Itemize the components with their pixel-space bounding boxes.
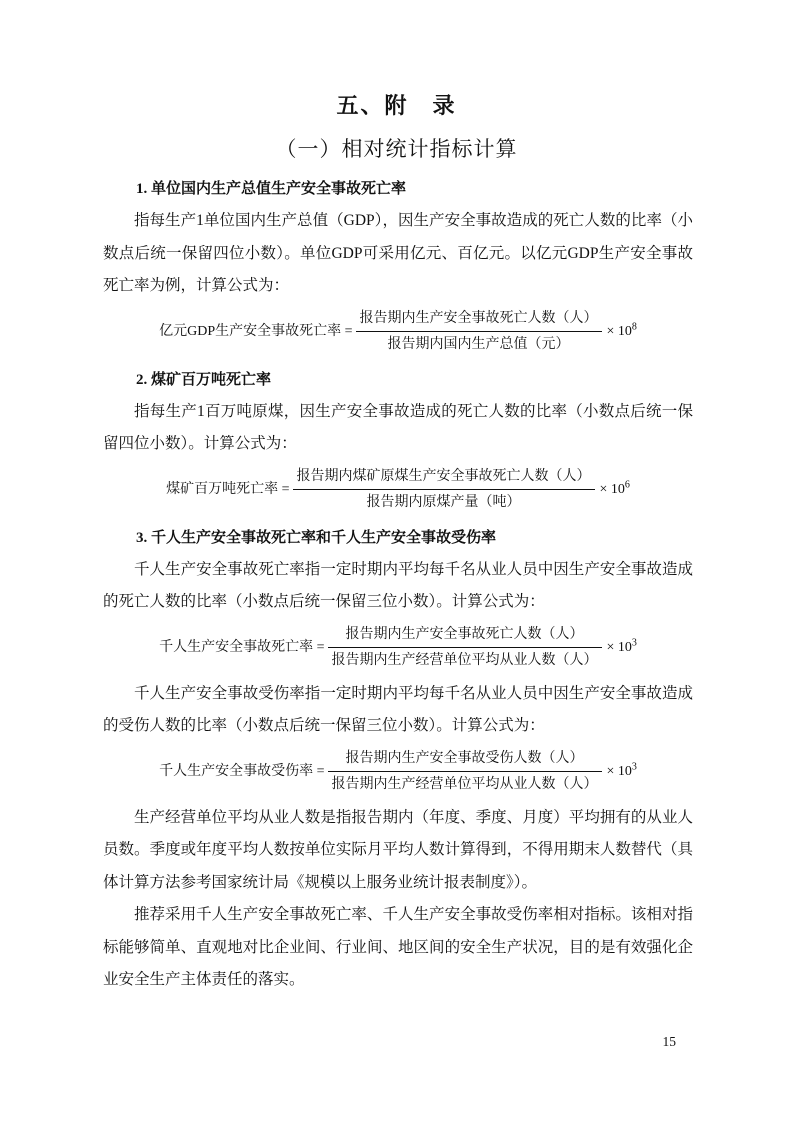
formula-label: 千人生产安全事故受伤率 = xyxy=(159,763,324,781)
page-title: 五、附 录 xyxy=(0,0,793,120)
section-2-paragraph: 指每生产1百万吨原煤，因生产安全事故造成的死亡人数的比率（小数点后统一保留四位小… xyxy=(103,396,693,461)
section-2-heading: 2. 煤矿百万吨死亡率 xyxy=(103,365,693,396)
formula-exponent: 8 xyxy=(632,321,637,332)
formula-fraction: 报告期内生产安全事故受伤人数（人） 报告期内生产经营单位平均从业人数（人） xyxy=(328,750,602,794)
formula-coal-million-ton-death-rate: 煤矿百万吨死亡率 = 报告期内煤矿原煤生产安全事故死亡人数（人） 报告期内原煤产… xyxy=(103,468,693,512)
formula-per-thousand-death-rate: 千人生产安全事故死亡率 = 报告期内生产安全事故死亡人数（人） 报告期内生产经营… xyxy=(103,626,693,670)
section-1-heading: 1. 单位国内生产总值生产安全事故死亡率 xyxy=(103,174,693,205)
formula-gdp-death-rate: 亿元GDP生产安全事故死亡率 = 报告期内生产安全事故死亡人数（人） 报告期内国… xyxy=(103,310,693,354)
formula-denominator: 报告期内生产经营单位平均从业人数（人） xyxy=(328,772,602,794)
formula-fraction: 报告期内煤矿原煤生产安全事故死亡人数（人） 报告期内原煤产量（吨） xyxy=(293,468,595,512)
formula-label: 亿元GDP生产安全事故死亡率 = xyxy=(159,323,352,341)
formula-fraction: 报告期内生产安全事故死亡人数（人） 报告期内国内生产总值（元） xyxy=(356,310,602,354)
section-3-paragraph-death: 千人生产安全事故死亡率指一定时期内平均每千名从业人员中因生产安全事故造成的死亡人… xyxy=(103,554,693,619)
formula-denominator: 报告期内国内生产总值（元） xyxy=(356,332,602,354)
formula-denominator: 报告期内原煤产量（吨） xyxy=(293,490,595,512)
multiplier-base: × 10 xyxy=(607,324,632,339)
formula-multiplier: × 103 xyxy=(607,763,637,781)
formula-multiplier: × 103 xyxy=(607,639,637,657)
multiplier-base: × 10 xyxy=(607,764,632,779)
formula-numerator: 报告期内生产安全事故受伤人数（人） xyxy=(328,750,602,773)
formula-numerator: 报告期内煤矿原煤生产安全事故死亡人数（人） xyxy=(293,468,595,491)
section-3-paragraph-average-employees: 生产经营单位平均从业人数是指报告期内（年度、季度、月度）平均拥有的从业人员数。季… xyxy=(103,802,693,900)
section-3-heading: 3. 千人生产安全事故死亡率和千人生产安全事故受伤率 xyxy=(103,523,693,554)
formula-denominator: 报告期内生产经营单位平均从业人数（人） xyxy=(328,648,602,670)
section-1-paragraph: 指每生产1单位国内生产总值（GDP），因生产安全事故造成的死亡人数的比率（小数点… xyxy=(103,205,693,303)
formula-numerator: 报告期内生产安全事故死亡人数（人） xyxy=(356,310,602,333)
document-page: 五、附 录 （一）相对统计指标计算 1. 单位国内生产总值生产安全事故死亡率 指… xyxy=(0,0,793,1122)
formula-multiplier: × 106 xyxy=(600,481,630,499)
formula-fraction: 报告期内生产安全事故死亡人数（人） 报告期内生产经营单位平均从业人数（人） xyxy=(328,626,602,670)
formula-label: 煤矿百万吨死亡率 = xyxy=(166,481,289,499)
page-subtitle: （一）相对统计指标计算 xyxy=(0,135,793,163)
page-number: 15 xyxy=(663,1034,677,1050)
formula-exponent: 3 xyxy=(632,637,637,648)
document-content: 1. 单位国内生产总值生产安全事故死亡率 指每生产1单位国内生产总值（GDP），… xyxy=(0,174,793,997)
formula-per-thousand-injury-rate: 千人生产安全事故受伤率 = 报告期内生产安全事故受伤人数（人） 报告期内生产经营… xyxy=(103,750,693,794)
formula-exponent: 3 xyxy=(632,761,637,772)
section-3-paragraph-injury: 千人生产安全事故受伤率指一定时期内平均每千名从业人员中因生产安全事故造成的受伤人… xyxy=(103,678,693,743)
section-3-paragraph-recommendation: 推荐采用千人生产安全事故死亡率、千人生产安全事故受伤率相对指标。该相对指标能够简… xyxy=(103,899,693,997)
formula-exponent: 6 xyxy=(625,479,630,490)
formula-numerator: 报告期内生产安全事故死亡人数（人） xyxy=(328,626,602,649)
multiplier-base: × 10 xyxy=(600,482,625,497)
formula-multiplier: × 108 xyxy=(607,323,637,341)
multiplier-base: × 10 xyxy=(607,640,632,655)
formula-label: 千人生产安全事故死亡率 = xyxy=(159,639,324,657)
